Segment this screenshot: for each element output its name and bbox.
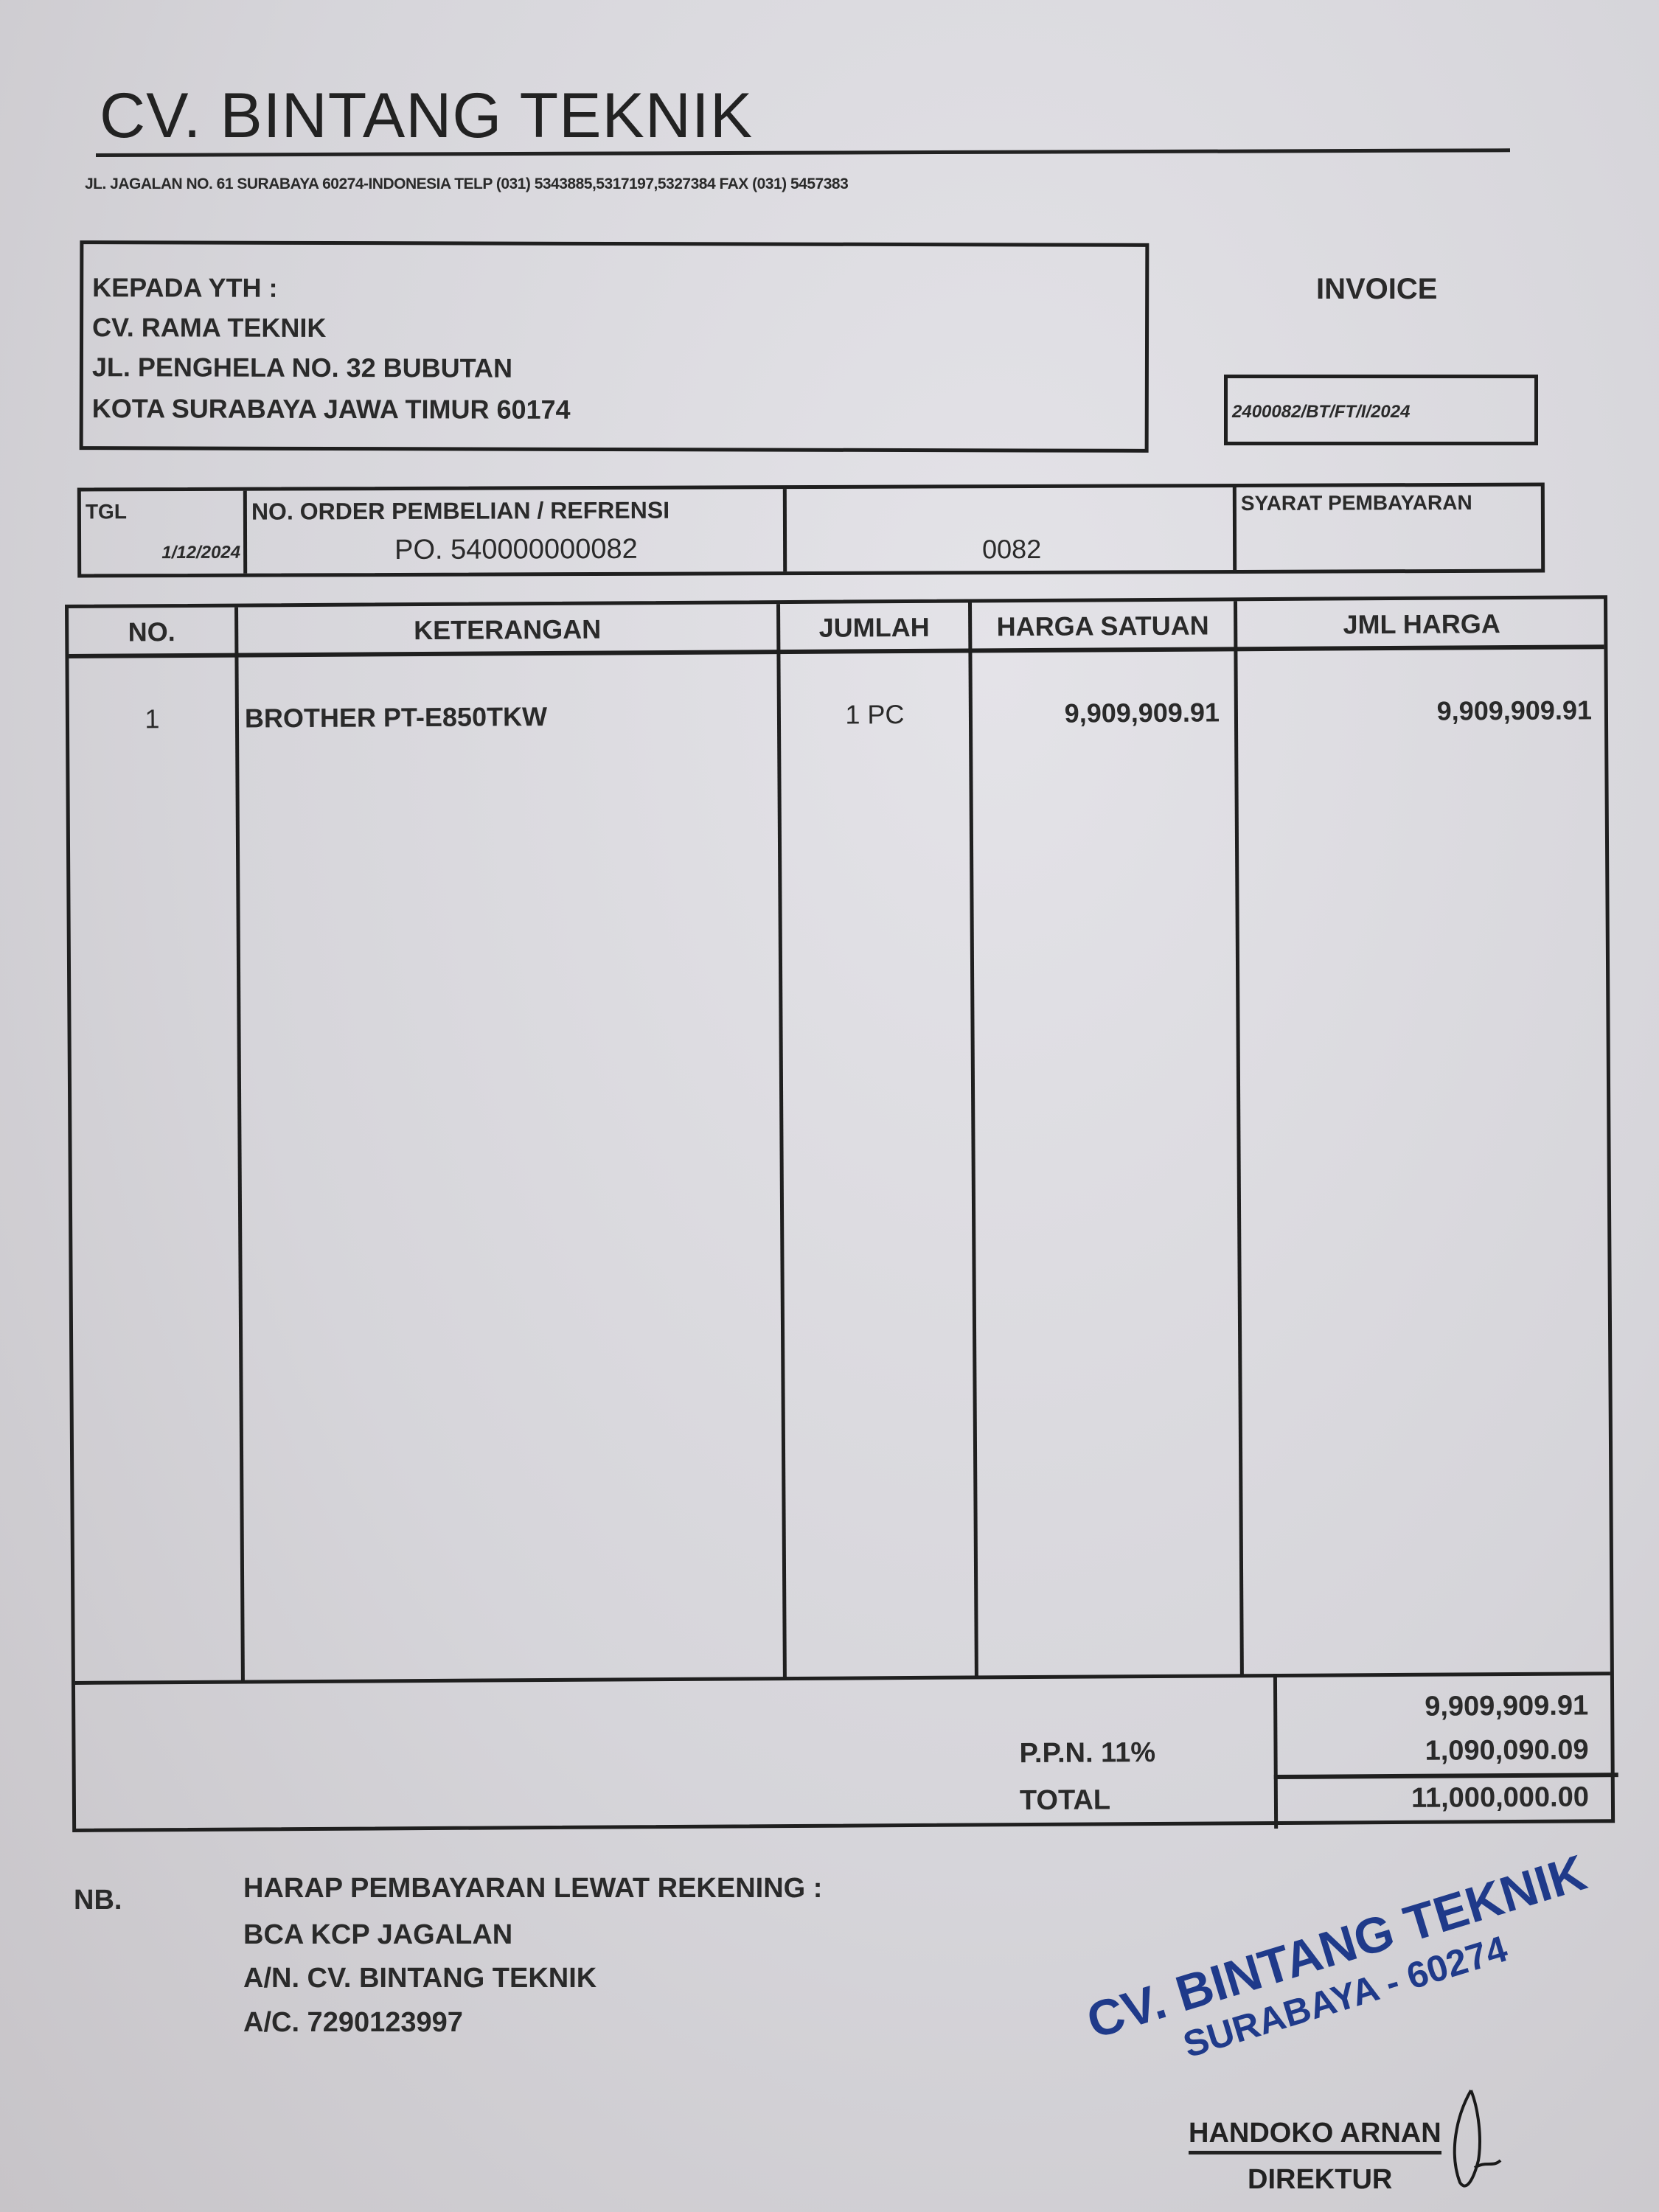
company-address: JL. JAGALAN NO. 61 SURABAYA 60274-INDONE… — [85, 175, 848, 193]
col-divider — [968, 602, 978, 1677]
header-quantity: JUMLAH — [780, 612, 968, 644]
reference-cell: 0082 — [787, 487, 1237, 571]
po-cell: NO. ORDER PEMBELIAN / REFRENSI PO. 54000… — [247, 489, 787, 574]
bank-name: BCA KCP JAGALAN — [243, 1919, 512, 1951]
signatory-title: DIREKTUR — [1248, 2164, 1392, 2196]
order-info-row: TGL 1/12/2024 NO. ORDER PEMBELIAN / REFR… — [77, 483, 1545, 578]
note-label: NB. — [74, 1885, 122, 1916]
row-description: BROTHER PT-E850TKW — [245, 701, 547, 734]
header-no: NO. — [69, 616, 234, 648]
tax-value: 1,090,090.09 — [1425, 1734, 1589, 1767]
account-number: A/C. 7290123997 — [243, 2007, 463, 2039]
total-label: TOTAL — [1020, 1784, 1110, 1817]
row-quantity: 1 PC — [781, 699, 969, 731]
row-unit-price: 9,909,909.91 — [973, 697, 1220, 729]
po-number: PO. 540000000082 — [394, 534, 638, 566]
note-line: HARAP PEMBAYARAN LEWAT REKENING : — [243, 1873, 822, 1905]
subtotal-value: 9,909,909.91 — [1425, 1690, 1588, 1722]
po-label: NO. ORDER PEMBELIAN / REFRENSI — [251, 497, 669, 526]
col-divider — [776, 604, 787, 1679]
table-row: 1 BROTHER PT-E850TKW 1 PC 9,909,909.91 9… — [69, 599, 1604, 608]
company-stamp: CV. BINTANG TEKNIK SURABAYA - 60274 — [1080, 1843, 1605, 2091]
payment-terms-cell: SYARAT PEMBAYARAN — [1237, 487, 1541, 570]
recipient-label: KEPADA YTH : — [92, 272, 277, 304]
total-value: 11,000,000.00 — [1411, 1781, 1589, 1814]
signatory-name: HANDOKO ARNAN — [1189, 2118, 1441, 2154]
invoice-paper: CV. BINTANG TEKNIK JL. JAGALAN NO. 61 SU… — [0, 0, 1659, 2212]
date-cell: TGL 1/12/2024 — [81, 491, 247, 574]
header-unit-price: HARGA SATUAN — [972, 610, 1234, 642]
col-divider — [1234, 601, 1244, 1676]
recipient-name: CV. RAMA TEKNIK — [92, 312, 326, 344]
payment-terms-label: SYARAT PEMBAYARAN — [1241, 491, 1472, 515]
date-label: TGL — [86, 500, 127, 524]
account-name: A/N. CV. BINTANG TEKNIK — [243, 1963, 597, 1994]
total-separator — [1274, 1773, 1618, 1779]
recipient-street: JL. PENGHELA NO. 32 BUBUTAN — [92, 352, 512, 383]
row-no: 1 — [69, 703, 235, 735]
invoice-number: 2400082/BT/FT/I/2024 — [1232, 402, 1410, 422]
tax-label: P.P.N. 11% — [1019, 1737, 1155, 1770]
reference-number: 0082 — [982, 534, 1041, 565]
table-body-bottom — [75, 1672, 1610, 1685]
recipient-city: KOTA SURABAYA JAWA TIMUR 60174 — [92, 393, 571, 425]
totals-divider — [1273, 1674, 1278, 1829]
signature-mark — [1441, 2087, 1508, 2197]
items-table: NO. KETERANGAN JUMLAH HARGA SATUAN JML H… — [65, 595, 1615, 1832]
invoice-date: 1/12/2024 — [161, 543, 240, 563]
company-name: CV. BINTANG TEKNIK — [100, 80, 753, 153]
invoice-label: INVOICE — [1316, 273, 1437, 306]
invoice-number-box: 2400082/BT/FT/I/2024 — [1224, 375, 1538, 445]
recipient-box: KEPADA YTH : CV. RAMA TEKNIK JL. PENGHEL… — [80, 240, 1150, 453]
header-description: KETERANGAN — [238, 613, 776, 647]
col-divider — [234, 608, 245, 1683]
header-amount: JML HARGA — [1237, 608, 1606, 641]
row-amount: 9,909,909.91 — [1238, 695, 1592, 728]
